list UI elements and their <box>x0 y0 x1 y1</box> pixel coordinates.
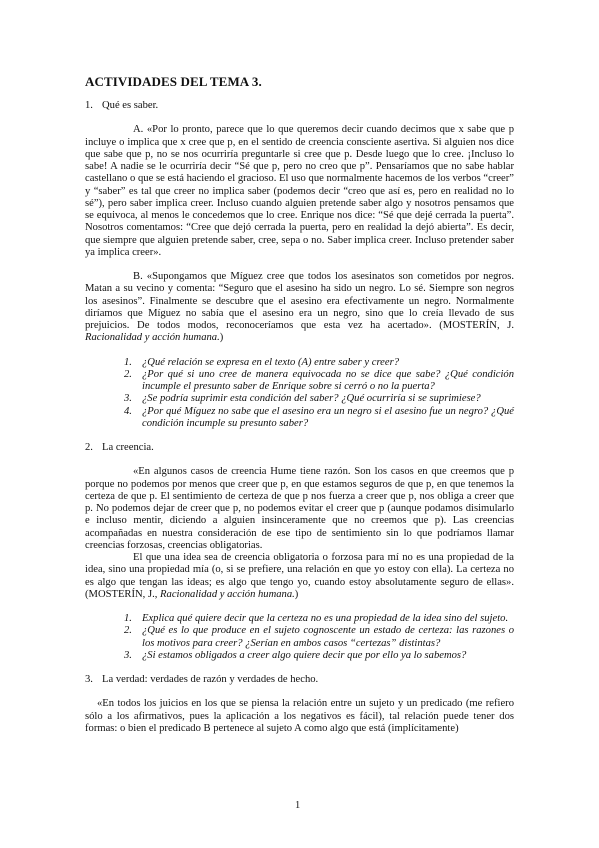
section-title: Qué es saber. <box>102 100 158 111</box>
question-text: ¿Si estamos obligados a creer algo quier… <box>142 650 466 661</box>
question-item: 2.¿Por qué si uno cree de manera equivoc… <box>85 369 514 394</box>
question-list-2: 1.Explica qué quiere decir que la certez… <box>85 613 514 662</box>
citation-work: Racionalidad y acción humana. <box>160 589 295 600</box>
question-item: 1.Explica qué quiere decir que la certez… <box>85 613 514 625</box>
question-number: 4. <box>124 406 132 418</box>
paragraph-2b: El que una idea sea de creencia obligato… <box>85 552 514 601</box>
question-number: 2. <box>124 369 132 381</box>
question-number: 3. <box>124 650 132 662</box>
section-heading-3: 3.La verdad: verdades de razón y verdade… <box>85 674 514 686</box>
citation-suffix: ) <box>220 332 224 343</box>
question-number: 2. <box>124 625 132 637</box>
section-number: 1. <box>85 100 102 112</box>
page-number: 1 <box>295 800 300 811</box>
section-title: La verdad: verdades de razón y verdades … <box>102 674 318 685</box>
question-item: 1.¿Qué relación se expresa en el texto (… <box>85 357 514 369</box>
section-heading-2: 2.La creencia. <box>85 442 514 454</box>
section-heading-1: 1.Qué es saber. <box>85 100 514 112</box>
question-list-1: 1.¿Qué relación se expresa en el texto (… <box>85 357 514 431</box>
paragraph-3a: «En todos los juicios en los que se pien… <box>85 698 514 735</box>
document-title: ACTIVIDADES DEL TEMA 3. <box>85 74 514 89</box>
question-number: 3. <box>124 393 132 405</box>
question-item: 3.¿Se podría suprimir esta condición del… <box>85 393 514 405</box>
paragraph-2a: «En algunos casos de creencia Hume tiene… <box>85 466 514 552</box>
section-title: La creencia. <box>102 442 154 453</box>
paragraph-1a: A. «Por lo pronto, parece que lo que que… <box>85 124 514 259</box>
question-number: 1. <box>124 357 132 369</box>
question-item: 2.¿Qué es lo que produce en el sujeto co… <box>85 625 514 650</box>
question-text: Explica qué quiere decir que la certeza … <box>142 613 508 624</box>
question-text: ¿Se podría suprimir esta condición del s… <box>142 393 481 404</box>
question-text: ¿Qué es lo que produce en el sujeto cogn… <box>142 625 514 648</box>
section-number: 3. <box>85 674 102 686</box>
question-text: ¿Por qué si uno cree de manera equivocad… <box>142 369 514 392</box>
citation-prefix: (MOSTERÍN, J., <box>85 589 160 600</box>
question-item: 4.¿Por qué Míguez no sabe que el asesino… <box>85 406 514 431</box>
citation-prefix: (MOSTERÍN, J. <box>439 320 514 331</box>
paragraph-1b: B. «Supongamos que Míguez cree que todos… <box>85 271 514 345</box>
citation-suffix: ) <box>295 589 299 600</box>
question-item: 3.¿Si estamos obligados a creer algo qui… <box>85 650 514 662</box>
citation-work: Racionalidad y acción humana. <box>85 332 220 343</box>
question-text: ¿Por qué Míguez no sabe que el asesino e… <box>142 406 514 429</box>
document-page: ACTIVIDADES DEL TEMA 3. 1.Qué es saber. … <box>85 74 514 735</box>
paragraph-text: El que una idea sea de creencia obligato… <box>85 552 514 588</box>
question-number: 1. <box>124 613 132 625</box>
question-text: ¿Qué relación se expresa en el texto (A)… <box>142 357 399 368</box>
section-number: 2. <box>85 442 102 454</box>
